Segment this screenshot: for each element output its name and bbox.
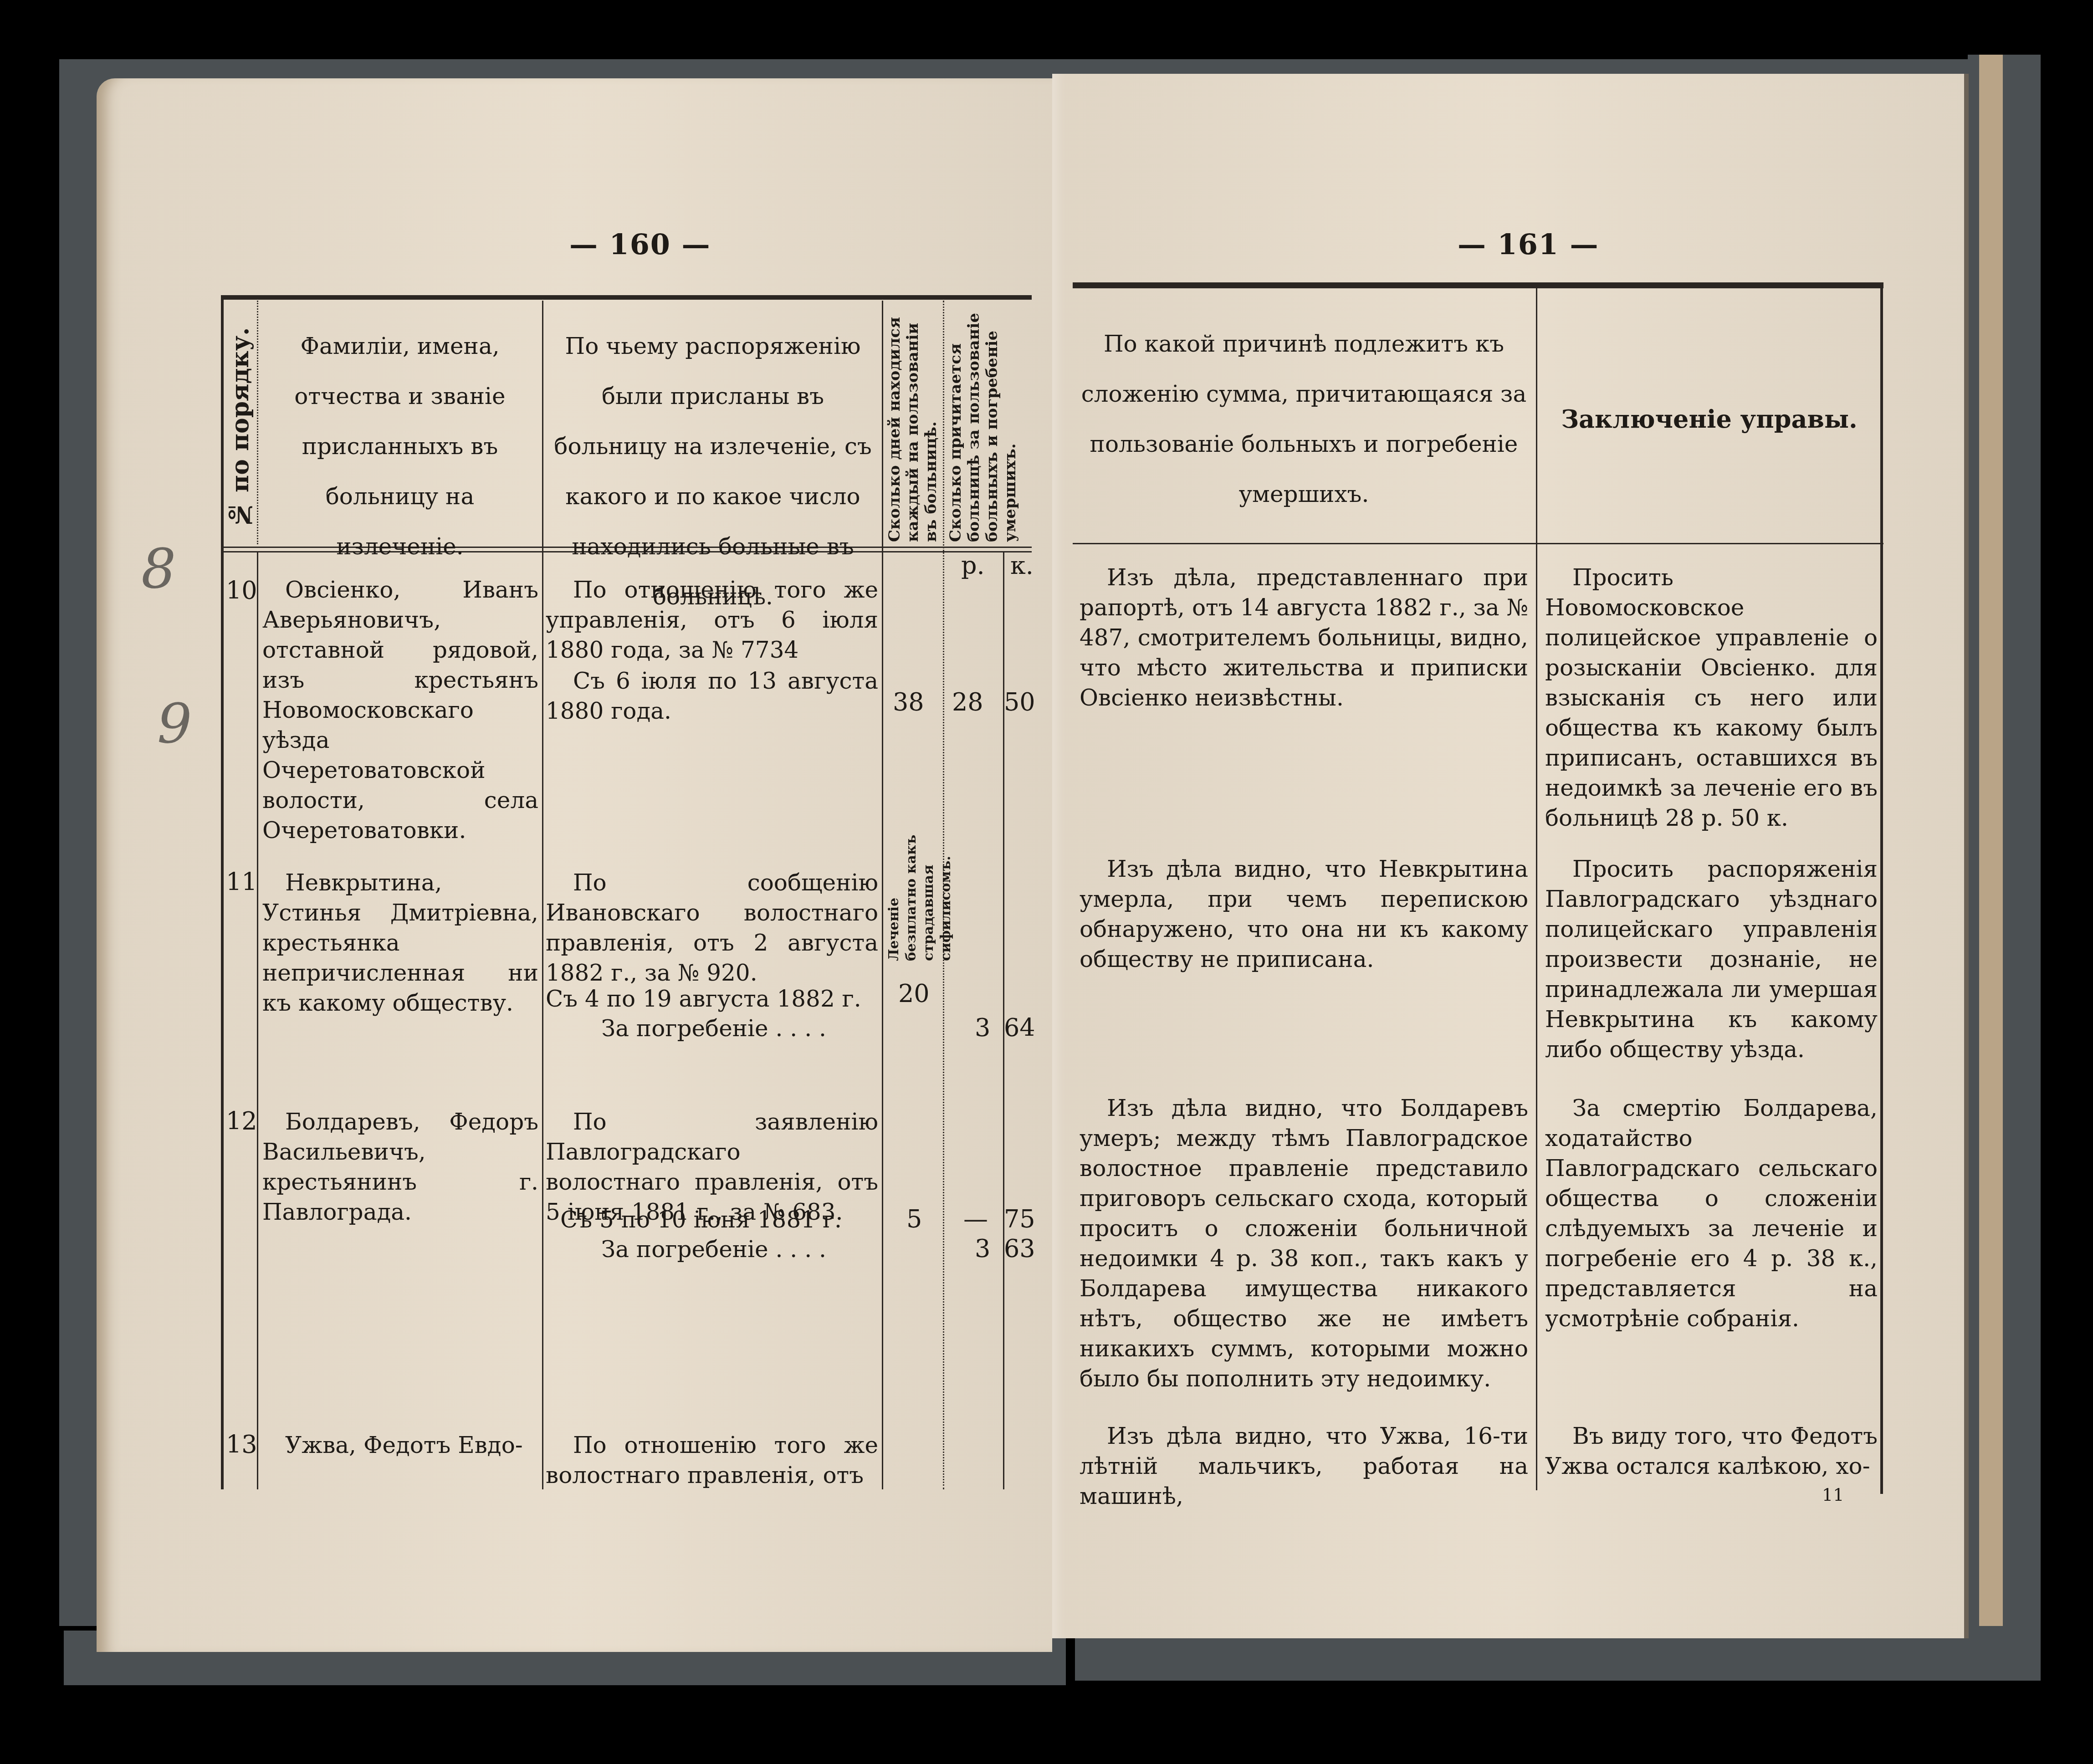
right-col-divider (1536, 288, 1537, 1490)
left-table-border (221, 296, 224, 1489)
row-11-burial-rub: 3 (975, 1013, 990, 1042)
unit-rub: р. (961, 551, 985, 580)
row-11-days: 20 (898, 979, 930, 1008)
row-12-days: 5 (906, 1205, 922, 1233)
left-page-number: — 160 — (569, 228, 711, 261)
row-12-kop: 75 (1004, 1205, 1035, 1233)
row-11-no: 11 (226, 868, 257, 896)
row-10-order: По отношенію того же управленія, отъ 6 і… (546, 575, 878, 665)
row-12-name: Болдаревъ, Федоръ Васильевичъ, крестьяни… (262, 1107, 538, 1227)
r-row-10-conclusion: Просить Новомосковское полицейское управ… (1545, 562, 1878, 833)
row-10-name: Овсіенко, Иванъ Аверьяновичъ, отставной … (262, 575, 538, 845)
row-12-no: 12 (226, 1107, 257, 1135)
right-header-bottom-rule (1073, 543, 1883, 544)
r-row-11-reason: Изъ дѣла видно, что Невкрытина умерла, п… (1080, 854, 1528, 974)
r-row-11-conclusion: Просить распоряженія Павлоградскаго уѣзд… (1545, 854, 1878, 1064)
row-11-period: Съ 4 по 19 августа 1882 г. (546, 984, 878, 1014)
row-11-name: Невкрытина, Устинья Дмитріевна, крестьян… (262, 868, 538, 1018)
r-row-13-reason: Изъ дѣла видно, что Ужва, 16-ти лѣтній м… (1080, 1421, 1528, 1511)
row-10-no: 10 (226, 576, 257, 605)
row-11-burial-kop: 64 (1004, 1013, 1035, 1042)
signature-mark: 11 (1822, 1485, 1844, 1505)
margin-note-9: 9 (157, 692, 192, 756)
row-13-name: Ужва, Федотъ Евдо- (262, 1430, 538, 1460)
row-12-burial-kop: 63 (1004, 1234, 1035, 1263)
header-days: Сколько дней находился каждый на пользов… (885, 301, 940, 542)
right-table-border (1880, 282, 1883, 1494)
r-row-12-reason: Изъ дѣла видно, что Болдаревъ умеръ; меж… (1080, 1093, 1528, 1394)
col-divider-name (542, 301, 543, 1489)
page-edge-strip (1979, 55, 2003, 1626)
row-11-burial-label: За погребеніе . . . . (601, 1013, 879, 1043)
row-13-no: 13 (226, 1430, 257, 1459)
row-13-order: По отношенію того же волостнаго правлені… (546, 1430, 878, 1490)
header-name: Фамиліи, имена, отчества и званіе присла… (261, 321, 539, 572)
row-12-burial-label: За погребеніе . . . . (601, 1234, 879, 1264)
row-12-period: Съ 5 по 10 іюня 1881 г. (560, 1205, 879, 1235)
row-12-burial-rub: 3 (975, 1234, 990, 1263)
row-10-kop: 50 (1004, 688, 1035, 716)
book-cover-right (1968, 55, 2041, 1649)
row-10-days: 38 (893, 688, 924, 716)
r-row-12-conclusion: За смертію Болдарева, ходатайство Павлог… (1545, 1093, 1878, 1334)
row-11-order: По сообщенію Ивановскаго волостнаго прав… (546, 868, 878, 988)
header-number: № по порядку. (227, 319, 254, 528)
header-reason: По какой причинѣ подлежитъ къ сложенію с… (1077, 319, 1530, 519)
row-11-side-note: Леченіе безплатно какъ страдавшая сифили… (885, 820, 940, 961)
row-10-period: Съ 6 іюля по 13 августа 1880 года. (546, 666, 878, 726)
r-row-10-reason: Изъ дѣла, представленнаго при рапортѣ, о… (1080, 562, 1528, 713)
unit-kop: к. (1010, 551, 1034, 580)
margin-note-8: 8 (141, 537, 176, 601)
row-12-rub: — (963, 1205, 988, 1233)
r-row-13-conclusion: Въ виду того, что Федотъ Ужва остался ка… (1545, 1421, 1878, 1481)
header-amount: Сколько причитается больницѣ за пользова… (947, 301, 1029, 542)
right-page-number: — 161 — (1458, 228, 1599, 261)
header-conclusion: Заключеніе управы. (1540, 394, 1879, 444)
col-divider-number-body (257, 551, 258, 1489)
col-divider-order (882, 301, 883, 1489)
row-10-rub: 28 (952, 688, 983, 716)
col-divider-number (257, 301, 258, 544)
right-header-top-rule (1073, 287, 1883, 288)
